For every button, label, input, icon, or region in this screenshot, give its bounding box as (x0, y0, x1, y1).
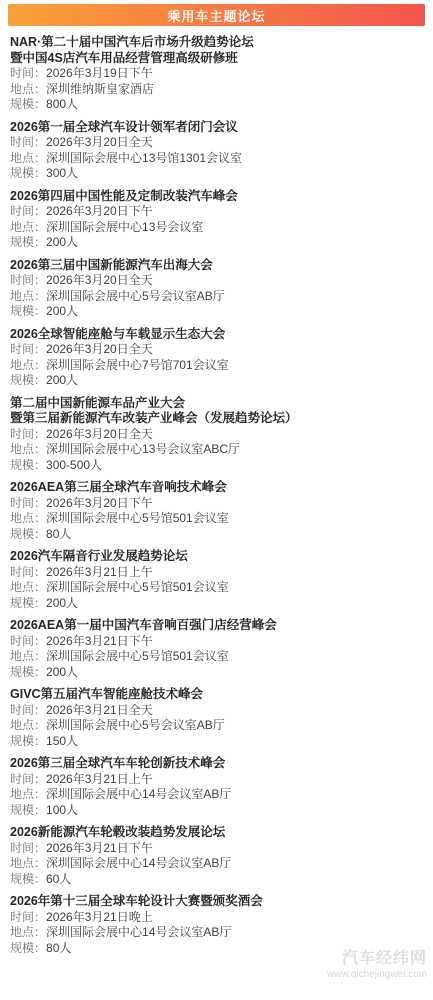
event-place-row: 地点：深圳国际会展中心5号馆501会议室 (10, 511, 423, 527)
scale-value: 100人 (46, 803, 78, 817)
event-title: 2026第一届全球汽车设计领军者闭门会议 (10, 120, 423, 136)
place-value: 深圳国际会展中心14号会议室AB厅 (46, 787, 231, 801)
place-label: 地点： (10, 787, 46, 801)
time-value: 2026年3月21日晚上 (46, 910, 153, 924)
scale-label: 规模： (10, 458, 46, 472)
scale-value: 800人 (46, 97, 78, 111)
event-time-row: 时间：2026年3月21日上午 (10, 772, 423, 788)
event-title: 2026AEA第一届中国汽车音响百强门店经营峰会 (10, 618, 423, 634)
event-title: 2026第四届中国性能及定制改装汽车峰会 (10, 189, 423, 205)
place-value: 深圳国际会展中心13号会议室ABC厅 (46, 442, 240, 456)
scale-label: 规模： (10, 803, 46, 817)
place-label: 地点： (10, 511, 46, 525)
place-value: 深圳国际会展中心5号馆501会议室 (46, 649, 229, 663)
event-place-row: 地点：深圳国际会展中心5号会议室AB厅 (10, 289, 423, 305)
schedule-page: 乘用车主题论坛 NAR·第二十届中国汽车后市场升级趋势论坛暨中国4S店汽车用品经… (0, 0, 433, 1000)
scale-label: 规模： (10, 665, 46, 679)
event-title-line: 2026全球智能座舱与车载显示生态大会 (10, 327, 423, 343)
event-item: 2026AEA第一届中国汽车音响百强门店经营峰会 时间：2026年3月21日下午… (10, 618, 423, 680)
time-value: 2026年3月20日全天 (46, 273, 153, 287)
time-value: 2026年3月20日下午 (46, 496, 153, 510)
watermark-site-name: 汽车经纬网 (327, 950, 427, 968)
event-place-row: 地点：深圳国际会展中心13号会议室ABC厅 (10, 442, 423, 458)
event-title-line: 2026第一届全球汽车设计领军者闭门会议 (10, 120, 423, 136)
place-label: 地点： (10, 925, 46, 939)
event-place-row: 地点：深圳国际会展中心5号馆501会议室 (10, 649, 423, 665)
event-item: 第二届中国新能源车品产业大会暨第三届新能源汽车改装产业峰会（发展趋势论坛） 时间… (10, 396, 423, 474)
event-title: 2026全球智能座舱与车载显示生态大会 (10, 327, 423, 343)
scale-value: 300-500人 (46, 458, 102, 472)
event-title-line: 暨第三届新能源汽车改装产业峰会（发展趋势论坛） (10, 411, 423, 427)
time-label: 时间： (10, 910, 46, 924)
time-label: 时间： (10, 634, 46, 648)
event-title: 2026汽车隔音行业发展趋势论坛 (10, 549, 423, 565)
event-title: 第二届中国新能源车品产业大会暨第三届新能源汽车改装产业峰会（发展趋势论坛） (10, 396, 423, 427)
place-value: 深圳国际会展中心14号会议室AB厅 (46, 925, 231, 939)
time-value: 2026年3月20日下午 (46, 204, 153, 218)
event-title: 2026年第十三届全球车轮设计大赛暨颁奖酒会 (10, 894, 423, 910)
event-scale-row: 规模：300-500人 (10, 458, 423, 474)
event-item: GIVC第五届汽车智能座舱技术峰会 时间：2026年3月21日全天 地点：深圳国… (10, 687, 423, 749)
time-label: 时间： (10, 273, 46, 287)
place-value: 深圳国际会展中心13号会议室 (46, 220, 203, 234)
place-value: 深圳国际会展中心7号馆701会议室 (46, 358, 229, 372)
scale-label: 规模： (10, 734, 46, 748)
event-scale-row: 规模：200人 (10, 665, 423, 681)
event-place-row: 地点：深圳国际会展中心13号会议室 (10, 220, 423, 236)
event-time-row: 时间：2026年3月20日全天 (10, 135, 423, 151)
event-title-line: 2026AEA第一届中国汽车音响百强门店经营峰会 (10, 618, 423, 634)
place-label: 地点： (10, 856, 46, 870)
event-scale-row: 规模：200人 (10, 235, 423, 251)
event-scale-row: 规模：200人 (10, 373, 423, 389)
section-title: 乘用车主题论坛 (167, 6, 265, 25)
scale-label: 规模： (10, 97, 46, 111)
scale-value: 60人 (46, 872, 71, 886)
section-header-bar: 乘用车主题论坛 (8, 4, 425, 26)
event-title-line: GIVC第五届汽车智能座舱技术峰会 (10, 687, 423, 703)
event-scale-row: 规模：100人 (10, 803, 423, 819)
scale-value: 80人 (46, 941, 71, 955)
place-value: 深圳国际会展中心5号会议室AB厅 (46, 289, 225, 303)
place-value: 深圳国际会展中心5号馆501会议室 (46, 511, 229, 525)
event-item: 2026第三届全球汽车车轮创新技术峰会 时间：2026年3月21日上午 地点：深… (10, 756, 423, 818)
place-value: 深圳维纳斯皇家酒店 (46, 82, 154, 96)
event-item: NAR·第二十届中国汽车后市场升级趋势论坛暨中国4S店汽车用品经营管理高级研修班… (10, 35, 423, 113)
events-list: NAR·第二十届中国汽车后市场升级趋势论坛暨中国4S店汽车用品经营管理高级研修班… (0, 26, 433, 956)
time-label: 时间： (10, 565, 46, 579)
event-item: 2026AEA第三届全球汽车音响技术峰会 时间：2026年3月20日下午 地点：… (10, 480, 423, 542)
time-value: 2026年3月21日全天 (46, 703, 153, 717)
place-label: 地点： (10, 649, 46, 663)
event-place-row: 地点：深圳国际会展中心13号馆1301会议室 (10, 151, 423, 167)
event-title-line: 2026年第十三届全球车轮设计大赛暨颁奖酒会 (10, 894, 423, 910)
event-scale-row: 规模：200人 (10, 304, 423, 320)
event-title: 2026第三届全球汽车车轮创新技术峰会 (10, 756, 423, 772)
place-label: 地点： (10, 151, 46, 165)
scale-value: 80人 (46, 527, 71, 541)
event-item: 2026全球智能座舱与车载显示生态大会 时间：2026年3月20日全天 地点：深… (10, 327, 423, 389)
event-title: 2026第三届中国新能源汽车出海大会 (10, 258, 423, 274)
event-item: 2026第三届中国新能源汽车出海大会 时间：2026年3月20日全天 地点：深圳… (10, 258, 423, 320)
event-title: GIVC第五届汽车智能座舱技术峰会 (10, 687, 423, 703)
scale-label: 规模： (10, 166, 46, 180)
scale-label: 规模： (10, 941, 46, 955)
event-place-row: 地点：深圳国际会展中心7号馆701会议室 (10, 358, 423, 374)
scale-label: 规模： (10, 373, 46, 387)
event-scale-row: 规模：60人 (10, 872, 423, 888)
event-scale-row: 规模：200人 (10, 596, 423, 612)
place-label: 地点： (10, 718, 46, 732)
event-time-row: 时间：2026年3月19日下午 (10, 66, 423, 82)
event-time-row: 时间：2026年3月21日下午 (10, 841, 423, 857)
place-value: 深圳国际会展中心5号会议室AB厅 (46, 718, 225, 732)
event-title: 2026新能源汽车轮毂改装趋势发展论坛 (10, 825, 423, 841)
time-label: 时间： (10, 772, 46, 786)
time-label: 时间： (10, 66, 46, 80)
place-label: 地点： (10, 289, 46, 303)
event-time-row: 时间：2026年3月21日上午 (10, 565, 423, 581)
event-title: NAR·第二十届中国汽车后市场升级趋势论坛暨中国4S店汽车用品经营管理高级研修班 (10, 35, 423, 66)
event-time-row: 时间：2026年3月20日下午 (10, 496, 423, 512)
time-value: 2026年3月21日上午 (46, 772, 153, 786)
event-item: 2026新能源汽车轮毂改装趋势发展论坛 时间：2026年3月21日下午 地点：深… (10, 825, 423, 887)
place-label: 地点： (10, 220, 46, 234)
event-time-row: 时间：2026年3月21日下午 (10, 634, 423, 650)
event-time-row: 时间：2026年3月20日全天 (10, 273, 423, 289)
event-item: 2026第一届全球汽车设计领军者闭门会议 时间：2026年3月20日全天 地点：… (10, 120, 423, 182)
time-label: 时间： (10, 427, 46, 441)
scale-value: 200人 (46, 235, 78, 249)
time-label: 时间： (10, 204, 46, 218)
scale-value: 150人 (46, 734, 78, 748)
event-title-line: 第二届中国新能源车品产业大会 (10, 396, 423, 412)
place-label: 地点： (10, 580, 46, 594)
time-label: 时间： (10, 135, 46, 149)
event-title-line: 暨中国4S店汽车用品经营管理高级研修班 (10, 51, 423, 67)
event-title-line: 2026第三届全球汽车车轮创新技术峰会 (10, 756, 423, 772)
scale-value: 200人 (46, 596, 78, 610)
event-place-row: 地点：深圳国际会展中心14号会议室AB厅 (10, 787, 423, 803)
time-label: 时间： (10, 496, 46, 510)
place-label: 地点： (10, 442, 46, 456)
event-title-line: 2026第三届中国新能源汽车出海大会 (10, 258, 423, 274)
event-time-row: 时间：2026年3月21日晚上 (10, 910, 423, 926)
event-title-line: 2026AEA第三届全球汽车音响技术峰会 (10, 480, 423, 496)
site-watermark: 汽车经纬网 www.qichejingwei.com (327, 950, 427, 981)
time-value: 2026年3月19日下午 (46, 66, 153, 80)
time-value: 2026年3月21日下午 (46, 841, 153, 855)
event-title-line: NAR·第二十届中国汽车后市场升级趋势论坛 (10, 35, 423, 51)
watermark-site-url: www.qichejingwei.com (327, 968, 427, 981)
time-value: 2026年3月20日全天 (46, 342, 153, 356)
time-label: 时间： (10, 342, 46, 356)
event-place-row: 地点：深圳国际会展中心5号馆501会议室 (10, 580, 423, 596)
scale-value: 200人 (46, 304, 78, 318)
time-value: 2026年3月20日全天 (46, 427, 153, 441)
time-value: 2026年3月21日下午 (46, 634, 153, 648)
scale-label: 规模： (10, 527, 46, 541)
event-place-row: 地点：深圳维纳斯皇家酒店 (10, 82, 423, 98)
event-time-row: 时间：2026年3月20日下午 (10, 204, 423, 220)
place-value: 深圳国际会展中心14号会议室AB厅 (46, 856, 231, 870)
scale-label: 规模： (10, 872, 46, 886)
time-value: 2026年3月20日全天 (46, 135, 153, 149)
event-time-row: 时间：2026年3月21日全天 (10, 703, 423, 719)
event-time-row: 时间：2026年3月20日全天 (10, 342, 423, 358)
event-scale-row: 规模：80人 (10, 527, 423, 543)
event-place-row: 地点：深圳国际会展中心14号会议室AB厅 (10, 856, 423, 872)
event-title-line: 2026汽车隔音行业发展趋势论坛 (10, 549, 423, 565)
scale-value: 200人 (46, 373, 78, 387)
place-label: 地点： (10, 82, 46, 96)
event-place-row: 地点：深圳国际会展中心14号会议室AB厅 (10, 925, 423, 941)
event-title: 2026AEA第三届全球汽车音响技术峰会 (10, 480, 423, 496)
event-title-line: 2026第四届中国性能及定制改装汽车峰会 (10, 189, 423, 205)
scale-value: 300人 (46, 166, 78, 180)
event-title-line: 2026新能源汽车轮毂改装趋势发展论坛 (10, 825, 423, 841)
time-label: 时间： (10, 703, 46, 717)
event-place-row: 地点：深圳国际会展中心5号会议室AB厅 (10, 718, 423, 734)
event-scale-row: 规模：300人 (10, 166, 423, 182)
event-item: 2026第四届中国性能及定制改装汽车峰会 时间：2026年3月20日下午 地点：… (10, 189, 423, 251)
event-scale-row: 规模：150人 (10, 734, 423, 750)
scale-value: 200人 (46, 665, 78, 679)
event-time-row: 时间：2026年3月20日全天 (10, 427, 423, 443)
place-label: 地点： (10, 358, 46, 372)
event-scale-row: 规模：800人 (10, 97, 423, 113)
event-item: 2026汽车隔音行业发展趋势论坛 时间：2026年3月21日上午 地点：深圳国际… (10, 549, 423, 611)
event-item: 2026年第十三届全球车轮设计大赛暨颁奖酒会 时间：2026年3月21日晚上 地… (10, 894, 423, 956)
place-value: 深圳国际会展中心13号馆1301会议室 (46, 151, 242, 165)
scale-label: 规模： (10, 596, 46, 610)
time-label: 时间： (10, 841, 46, 855)
place-value: 深圳国际会展中心5号馆501会议室 (46, 580, 229, 594)
scale-label: 规模： (10, 235, 46, 249)
scale-label: 规模： (10, 304, 46, 318)
time-value: 2026年3月21日上午 (46, 565, 153, 579)
